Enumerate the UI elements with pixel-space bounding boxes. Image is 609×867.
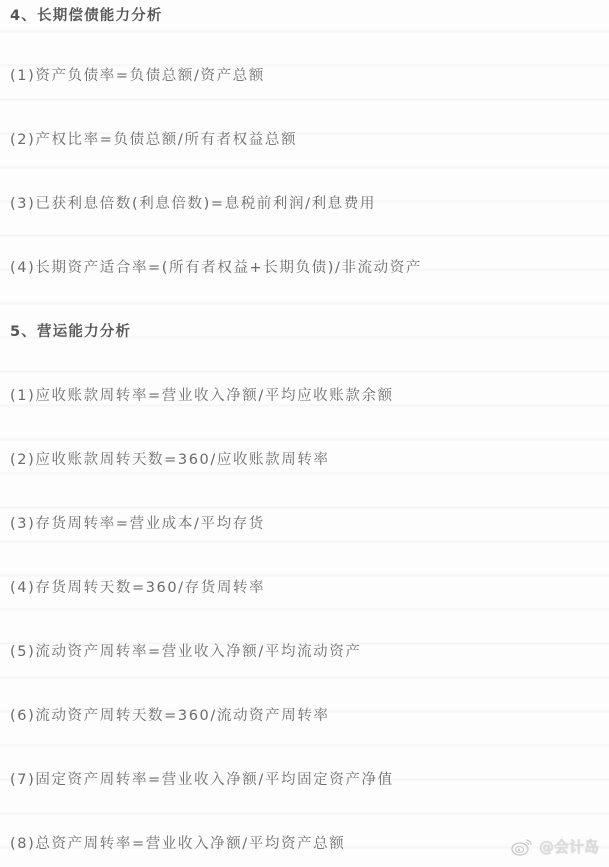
formula-receivables-turnover: (1)应收账款周转率=营业收入净额/平均应收账款余额 (10, 384, 394, 408)
watermark-text: @会计岛 (539, 836, 599, 857)
formula-inventory-turnover: (3)存货周转率=营业成本/平均存货 (10, 512, 265, 536)
formula-fixed-asset-turnover: (7)固定资产周转率=营业收入净额/平均固定资产净值 (10, 768, 394, 792)
formula-current-asset-turnover: (5)流动资产周转率=营业收入净额/平均流动资产 (10, 640, 361, 664)
formula-inventory-turnover-days: (4)存货周转天数=360/存货周转率 (10, 576, 265, 600)
formula-interest-coverage: (3)已获利息倍数(利息倍数)=息税前利润/利息费用 (10, 192, 376, 216)
formula-total-asset-turnover: (8)总资产周转率=营业收入净额/平均资产总额 (10, 832, 345, 856)
formula-long-term-asset-fit-ratio: (4)长期资产适合率=(所有者权益+长期负债)/非流动资产 (10, 256, 422, 280)
section-heading-long-term-solvency: 4、长期偿债能力分析 (10, 4, 163, 28)
formula-current-asset-turnover-days: (6)流动资产周转天数=360/流动资产周转率 (10, 704, 330, 728)
weibo-icon (511, 838, 533, 856)
formula-debt-to-asset-ratio: (1)资产负债率=负债总额/资产总额 (10, 64, 265, 88)
section-heading-operating-capability: 5、营运能力分析 (10, 320, 131, 344)
watermark: @会计岛 (511, 836, 599, 857)
formula-equity-ratio: (2)产权比率=负债总额/所有者权益总额 (10, 128, 297, 152)
formula-receivables-turnover-days: (2)应收账款周转天数=360/应收账款周转率 (10, 448, 330, 472)
